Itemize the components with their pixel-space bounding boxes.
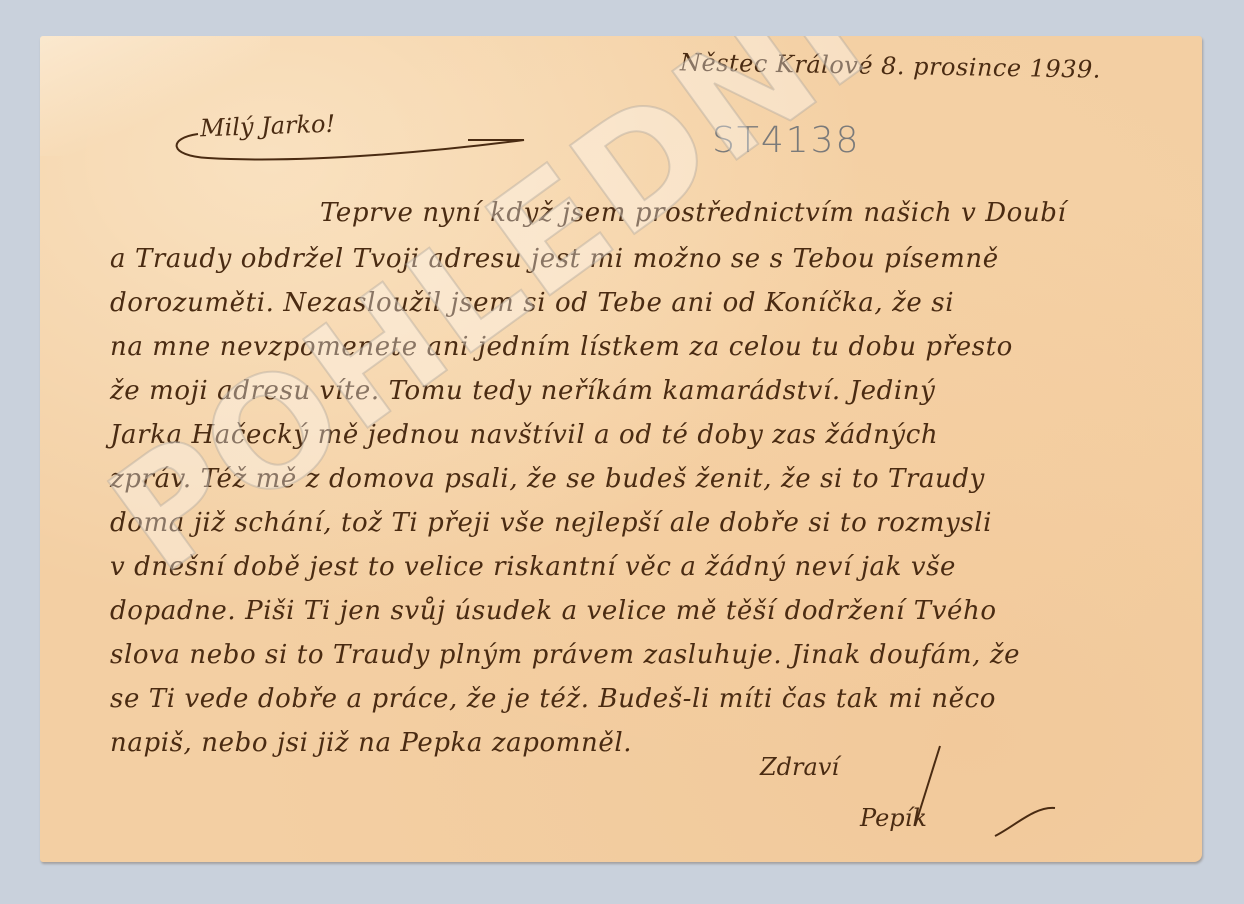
body-line: doma již schání, tož Ti přeji vše nejlep…: [110, 508, 992, 538]
body-line: dopadne. Piši Ti jen svůj úsudek a velic…: [110, 596, 997, 626]
body-line: že moji adresu víte. Tomu tedy neříkám k…: [110, 376, 935, 406]
body-line: a Traudy obdržel Tvoji adresu jest mi mo…: [110, 244, 999, 274]
body-line: v dnešní době jest to velice riskantní v…: [110, 552, 956, 582]
body-line: se Ti vede dobře a práce, že je též. Bud…: [110, 684, 996, 714]
signature: Pepík: [860, 804, 927, 832]
body-line: na mne nevzpomenete ani jedním lístkem z…: [110, 332, 1013, 362]
signature-flourish: [820, 736, 1060, 846]
greeting: Milý Jarko!: [200, 110, 336, 143]
body-line: Teprve nyní když jsem prostřednictvím na…: [320, 198, 1066, 228]
body-line: zpráv. Též mě z domova psali, že se bude…: [110, 464, 985, 494]
place-date: Něstec Králové 8. prosince 1939.: [680, 48, 1101, 83]
reference-number: ST4138: [712, 120, 860, 161]
postcard: Něstec Králové 8. prosince 1939. ST4138 …: [40, 36, 1202, 862]
closing: Zdraví: [760, 753, 839, 781]
body-line: napiš, nebo jsi již na Pepka zapomněl.: [110, 728, 632, 758]
body-line: Jarka Hačecký mě jednou navštívil a od t…: [110, 420, 938, 450]
body-line: dorozuměti. Nezasloužil jsem si od Tebe …: [110, 288, 954, 318]
body-line: slova nebo si to Traudy plným právem zas…: [110, 640, 1020, 670]
